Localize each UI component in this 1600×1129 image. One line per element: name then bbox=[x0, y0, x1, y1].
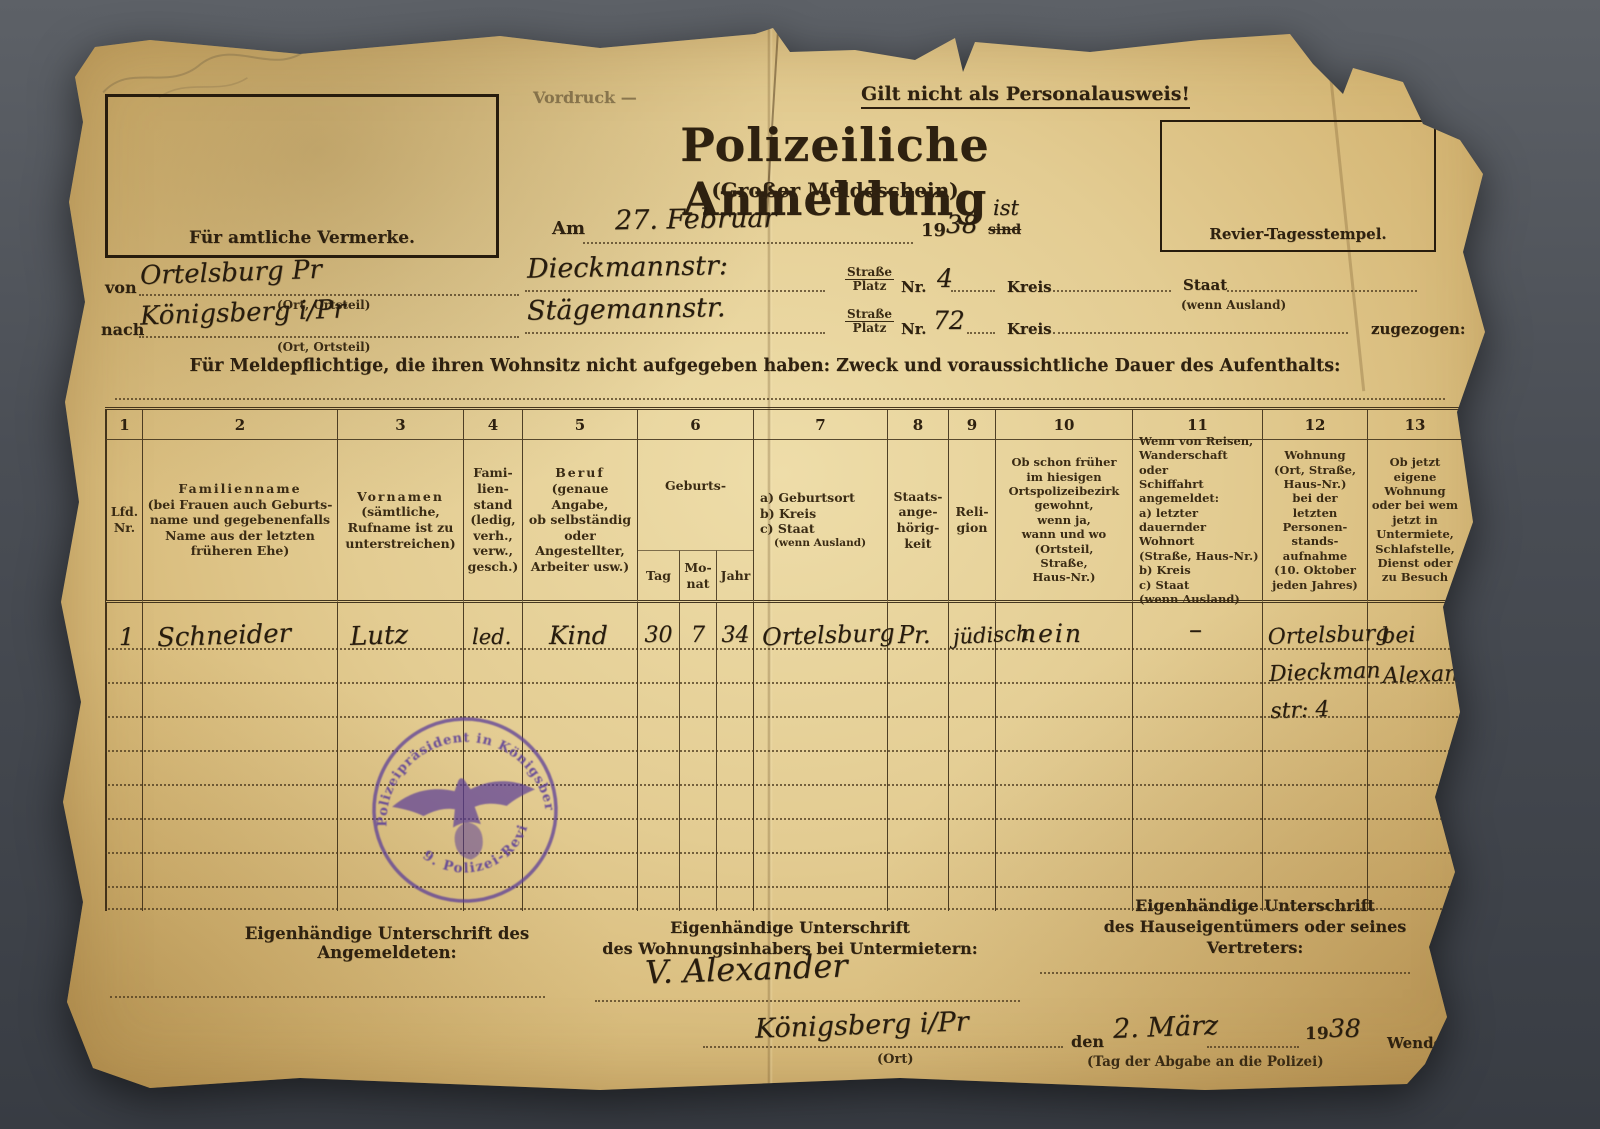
nr-label-1: Nr. bbox=[901, 278, 926, 296]
notice-answer-dotted bbox=[115, 398, 1445, 400]
staat-label: Staat bbox=[1183, 276, 1227, 294]
strasse-platz-2: Straße Platz bbox=[845, 308, 894, 334]
kreis1-dotted bbox=[1053, 290, 1171, 292]
col-num: 2 bbox=[142, 410, 337, 440]
hdr-sub: (bei Frauen auch Geburts- name und gegeb… bbox=[148, 497, 333, 560]
notice-line: Für Meldepflichtige, die ihren Wohnsitz … bbox=[115, 356, 1415, 376]
platz-label: Platz bbox=[845, 322, 894, 335]
hdr-sub: (genaue Angabe, ob selbständig oder Ange… bbox=[525, 481, 635, 575]
col-num: 7 bbox=[753, 410, 887, 440]
eagle-emblem-icon bbox=[390, 769, 543, 868]
form-subtitle: (Großer Meldeschein) bbox=[535, 178, 1135, 202]
police-precinct-stamp: Polizeipräsident in Königsberg (Pr) 9. P… bbox=[354, 699, 577, 922]
table-headers: Lfd. Nr. Familienname(bei Frauen auch Ge… bbox=[105, 440, 1462, 603]
geburts-subheaders: Tag Mo- nat Jahr bbox=[638, 550, 753, 600]
hdr-sub: (sämtliche, Rufname ist zu unterstreiche… bbox=[345, 504, 455, 551]
col-num: 9 bbox=[948, 410, 995, 440]
col-num: 13 bbox=[1367, 410, 1462, 440]
col-header-reisen: Wenn von Reisen, Wanderschaft oder Schif… bbox=[1132, 440, 1262, 603]
footer-tag-hint: (Tag der Abgabe an die Polizei) bbox=[1087, 1054, 1324, 1070]
footer-ort-line bbox=[703, 1046, 1063, 1048]
strasse-label: Straße bbox=[845, 308, 894, 322]
col-header-familienstand: Fami- lien- stand(ledig, verh., verw., g… bbox=[463, 440, 522, 603]
row-line bbox=[105, 648, 1462, 650]
footer-year-printed: 19 bbox=[1305, 1024, 1329, 1044]
staat-dotted bbox=[1227, 290, 1417, 292]
registration-table: 1 2 3 4 5 6 7 8 9 10 11 12 13 Lfd. Nr. F… bbox=[105, 407, 1462, 911]
nach-ort-hint: (Ort, Ortsteil) bbox=[277, 340, 370, 354]
sind-printed-struck: sind bbox=[988, 222, 1021, 238]
geburts-label: Geburts- bbox=[665, 440, 726, 494]
row-line bbox=[105, 716, 1462, 718]
hdr-title: Familienname bbox=[178, 481, 301, 497]
footer-date-line bbox=[1207, 1046, 1299, 1048]
col-num: 4 bbox=[463, 410, 522, 440]
footer-ort-handwritten: Königsberg i/Pr bbox=[755, 1006, 970, 1044]
col-header-beruf: Beruf(genaue Angabe, ob selbständig oder… bbox=[522, 440, 637, 603]
nr-label-2: Nr. bbox=[901, 320, 926, 338]
col-header-religion: Reli- gion bbox=[948, 440, 995, 603]
platz-label: Platz bbox=[845, 280, 894, 293]
year-handwritten: 38 bbox=[946, 210, 978, 239]
center-signature-handwritten: V. Alexander bbox=[644, 946, 848, 991]
von-value-handwritten: Ortelsburg Pr bbox=[140, 255, 323, 291]
tag-label: Tag bbox=[638, 550, 679, 600]
date-dotted-line bbox=[583, 242, 913, 244]
official-remarks-label: Für amtliche Vermerke. bbox=[189, 228, 415, 255]
col-num: 12 bbox=[1262, 410, 1367, 440]
nach-value-handwritten: Königsberg i/Pr bbox=[140, 294, 347, 331]
official-remarks-box: Für amtliche Vermerke. bbox=[105, 94, 499, 258]
street2-dotted bbox=[525, 332, 825, 334]
row-line bbox=[105, 852, 1462, 854]
row-line bbox=[105, 818, 1462, 820]
staat-hint: (wenn Ausland) bbox=[1181, 298, 1286, 312]
signature-left-line bbox=[110, 996, 545, 998]
signature-left-label: Eigenhändige Unterschrift des Angemeldet… bbox=[177, 924, 597, 962]
col-num: 6 bbox=[637, 410, 753, 440]
am-label: Am bbox=[552, 218, 585, 239]
wenden-label: Wenden! bbox=[1387, 1034, 1461, 1052]
hdr-sub: (ledig, verh., verw., gesch.) bbox=[468, 512, 519, 575]
den-label: den bbox=[1071, 1032, 1104, 1051]
hdr-sub: a) letzter dauernder Wohnort (Straße, Ha… bbox=[1139, 506, 1259, 607]
ist-handwritten: ist bbox=[993, 196, 1019, 220]
registration-form-paper: Vordruck — Gilt nicht als Personalauswei… bbox=[55, 22, 1510, 1097]
row-line bbox=[105, 886, 1462, 888]
col-num: 5 bbox=[522, 410, 637, 440]
hdr-title: Vornamen bbox=[357, 489, 444, 505]
street2-handwritten: Stägemannstr. bbox=[527, 292, 726, 326]
jahr-label: Jahr bbox=[716, 550, 754, 600]
year-printed: 19 bbox=[921, 220, 946, 241]
col-header-geburts: Geburts- Tag Mo- nat Jahr bbox=[637, 440, 753, 603]
col-num: 8 bbox=[887, 410, 948, 440]
hdr-title: a) Geburtsort b) Kreis c) Staat bbox=[760, 490, 855, 537]
street1-dotted bbox=[525, 290, 825, 292]
street1-handwritten: Dieckmannstr: bbox=[527, 250, 728, 285]
col-header-frueher-gewohnt: Ob schon früher im hiesigen Ortspolizeib… bbox=[995, 440, 1132, 603]
precinct-stamp-label: Revier-Tagesstempel. bbox=[1209, 225, 1386, 250]
faded-form-note: Vordruck — bbox=[533, 88, 637, 107]
photo-of-document: Vordruck — Gilt nicht als Personalauswei… bbox=[0, 0, 1600, 1129]
nr1-dotted bbox=[951, 290, 995, 292]
col-num: 1 bbox=[105, 410, 142, 440]
row-line bbox=[105, 750, 1462, 752]
signature-right-line bbox=[1040, 972, 1410, 974]
strasse-label: Straße bbox=[845, 266, 894, 280]
footer-ort-hint: (Ort) bbox=[877, 1052, 913, 1067]
kreis-label-2: Kreis bbox=[1007, 320, 1052, 338]
hdr-title: Fami- lien- stand bbox=[473, 465, 512, 512]
strasse-platz-1: Straße Platz bbox=[845, 266, 894, 292]
col-header-ob-jetzt: Ob jetzt eigene Wohnung oder bei wem jet… bbox=[1367, 440, 1462, 603]
col-header-lfd-nr: Lfd. Nr. bbox=[105, 440, 142, 603]
hdr-sub: (wenn Ausland) bbox=[760, 537, 866, 550]
col-header-geburtsort: a) Geburtsort b) Kreis c) Staat(wenn Aus… bbox=[753, 440, 887, 603]
nr2-handwritten: 72 bbox=[933, 306, 965, 335]
date-handwritten: 27. Februar bbox=[615, 203, 777, 237]
footer-year-handwritten: 38 bbox=[1329, 1014, 1361, 1043]
row-line bbox=[105, 682, 1462, 684]
nr2-dotted bbox=[967, 332, 995, 334]
footer-date-handwritten: 2. März bbox=[1112, 1010, 1218, 1045]
row-line bbox=[105, 784, 1462, 786]
kreis-label-1: Kreis bbox=[1007, 278, 1052, 296]
col-header-wohnung-letzte: Wohnung (Ort, Straße, Haus-Nr.) bei der … bbox=[1262, 440, 1367, 603]
zugezogen-label: zugezogen: bbox=[1371, 320, 1465, 338]
paper-wrap: Vordruck — Gilt nicht als Personalauswei… bbox=[55, 22, 1510, 1097]
col-num: 10 bbox=[995, 410, 1132, 440]
kreis2-dotted bbox=[1053, 332, 1348, 334]
col-header-staatsangehoerigkeit: Staats- ange- hörig- keit bbox=[887, 440, 948, 603]
precinct-stamp-box: Revier-Tagesstempel. bbox=[1160, 120, 1436, 252]
col-header-familienname: Familienname(bei Frauen auch Geburts- na… bbox=[142, 440, 337, 603]
disclaimer: Gilt nicht als Personalausweis! bbox=[861, 83, 1190, 109]
nach-dotted bbox=[139, 336, 519, 338]
col-num: 3 bbox=[337, 410, 463, 440]
nach-label: nach bbox=[101, 320, 144, 339]
signature-right-label: Eigenhändige Unterschrift des Hauseigent… bbox=[1055, 896, 1455, 958]
nr1-handwritten: 4 bbox=[937, 264, 953, 293]
monat-label: Mo- nat bbox=[679, 550, 716, 600]
von-label: von bbox=[105, 278, 137, 297]
hdr-title: Wenn von Reisen, Wanderschaft oder Schif… bbox=[1139, 434, 1260, 506]
signature-center-line bbox=[595, 1000, 1020, 1002]
hdr-title: Beruf bbox=[555, 465, 605, 481]
col-header-vornamen: Vornamen(sämtliche, Rufname ist zu unter… bbox=[337, 440, 463, 603]
